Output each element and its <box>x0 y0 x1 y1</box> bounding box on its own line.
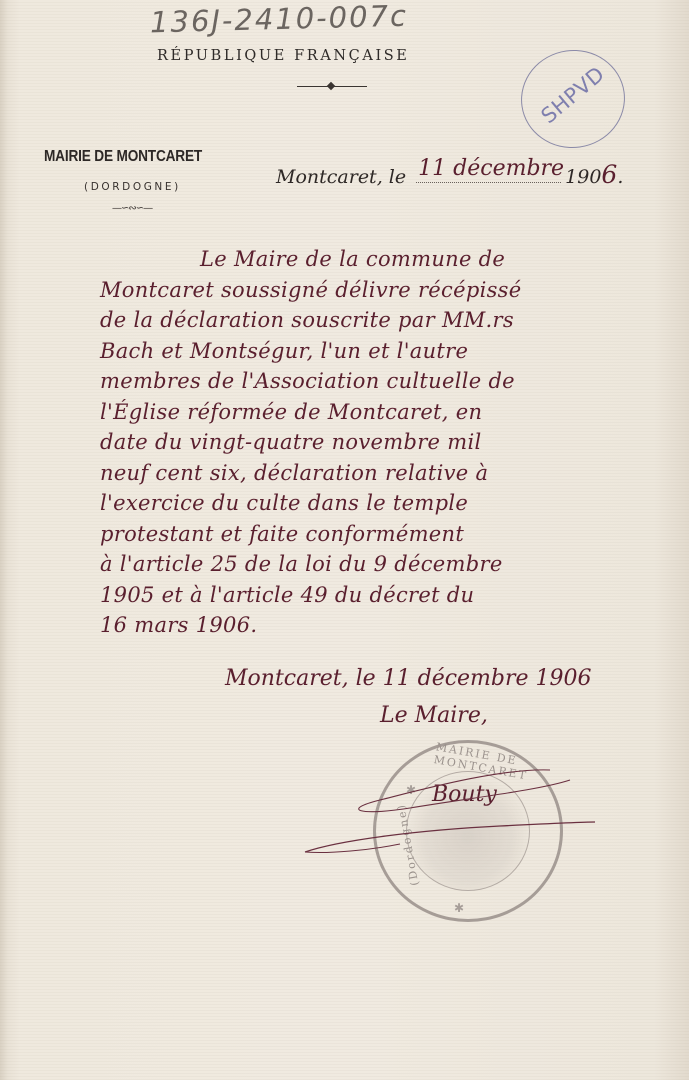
closing-place-date: Montcaret, le 11 décembre 1906 <box>225 666 592 691</box>
body-line: Montcaret soussigné délivre récépissé <box>100 275 685 306</box>
letterhead-country: RÉPUBLIQUE FRANÇAISE <box>157 48 410 64</box>
seal-star-icon: ✱ <box>454 901 464 915</box>
letterhead-flourish: —∽∾∽— <box>112 203 152 214</box>
seal-star-icon: ✱ <box>406 783 416 797</box>
dateline-handwritten-date: 11 décembre <box>418 156 564 181</box>
letterhead-office: MAIRIE DE MONTCARET <box>44 148 202 166</box>
dateline-year-prefix: 190 <box>565 166 601 188</box>
body-line: à l'article 25 de la loi du 9 décembre <box>100 549 685 580</box>
dateline: Montcaret, le 11 décembre 1906. <box>276 160 623 189</box>
body-line: Bach et Montségur, l'un et l'autre <box>100 336 685 367</box>
official-seal: MAIRIE DE MONTCARET (Dordogne) ✱ ✱ <box>373 740 563 922</box>
body-line: l'Église réformée de Montcaret, en <box>100 397 685 428</box>
handwritten-body: Le Maire de la commune de Montcaret sous… <box>100 244 685 641</box>
closing-title: Le Maire, <box>380 703 488 728</box>
dateline-fill-field: 11 décembre <box>416 182 561 183</box>
mayor-signature: Bouty <box>432 782 497 807</box>
dateline-year-digit: 6 <box>601 160 617 189</box>
letterhead-divider <box>297 86 367 87</box>
body-line: neuf cent six, déclaration relative à <box>100 458 685 489</box>
dateline-place: Montcaret, le <box>276 166 406 188</box>
document-page: 136J-2410-007c RÉPUBLIQUE FRANÇAISE SHPV… <box>0 0 689 1080</box>
body-line: protestant et faite conformément <box>100 519 685 550</box>
letterhead-department: (DORDOGNE) <box>84 181 181 193</box>
body-line: de la déclaration souscrite par MM.rs <box>100 305 685 336</box>
body-line: l'exercice du culte dans le temple <box>100 488 685 519</box>
archive-reference-number: 136J-2410-007c <box>150 0 409 39</box>
dateline-terminal: . <box>617 166 623 188</box>
body-line: date du vingt-quatre novembre mil <box>100 427 685 458</box>
body-line: membres de l'Association cultuelle de <box>100 366 685 397</box>
archive-stamp-text: SHPVD <box>536 62 609 128</box>
body-line: 16 mars 1906. <box>100 610 685 641</box>
archive-stamp: SHPVD <box>515 43 632 155</box>
body-line: 1905 et à l'article 49 du décret du <box>100 580 685 611</box>
body-line: Le Maire de la commune de <box>100 244 685 275</box>
